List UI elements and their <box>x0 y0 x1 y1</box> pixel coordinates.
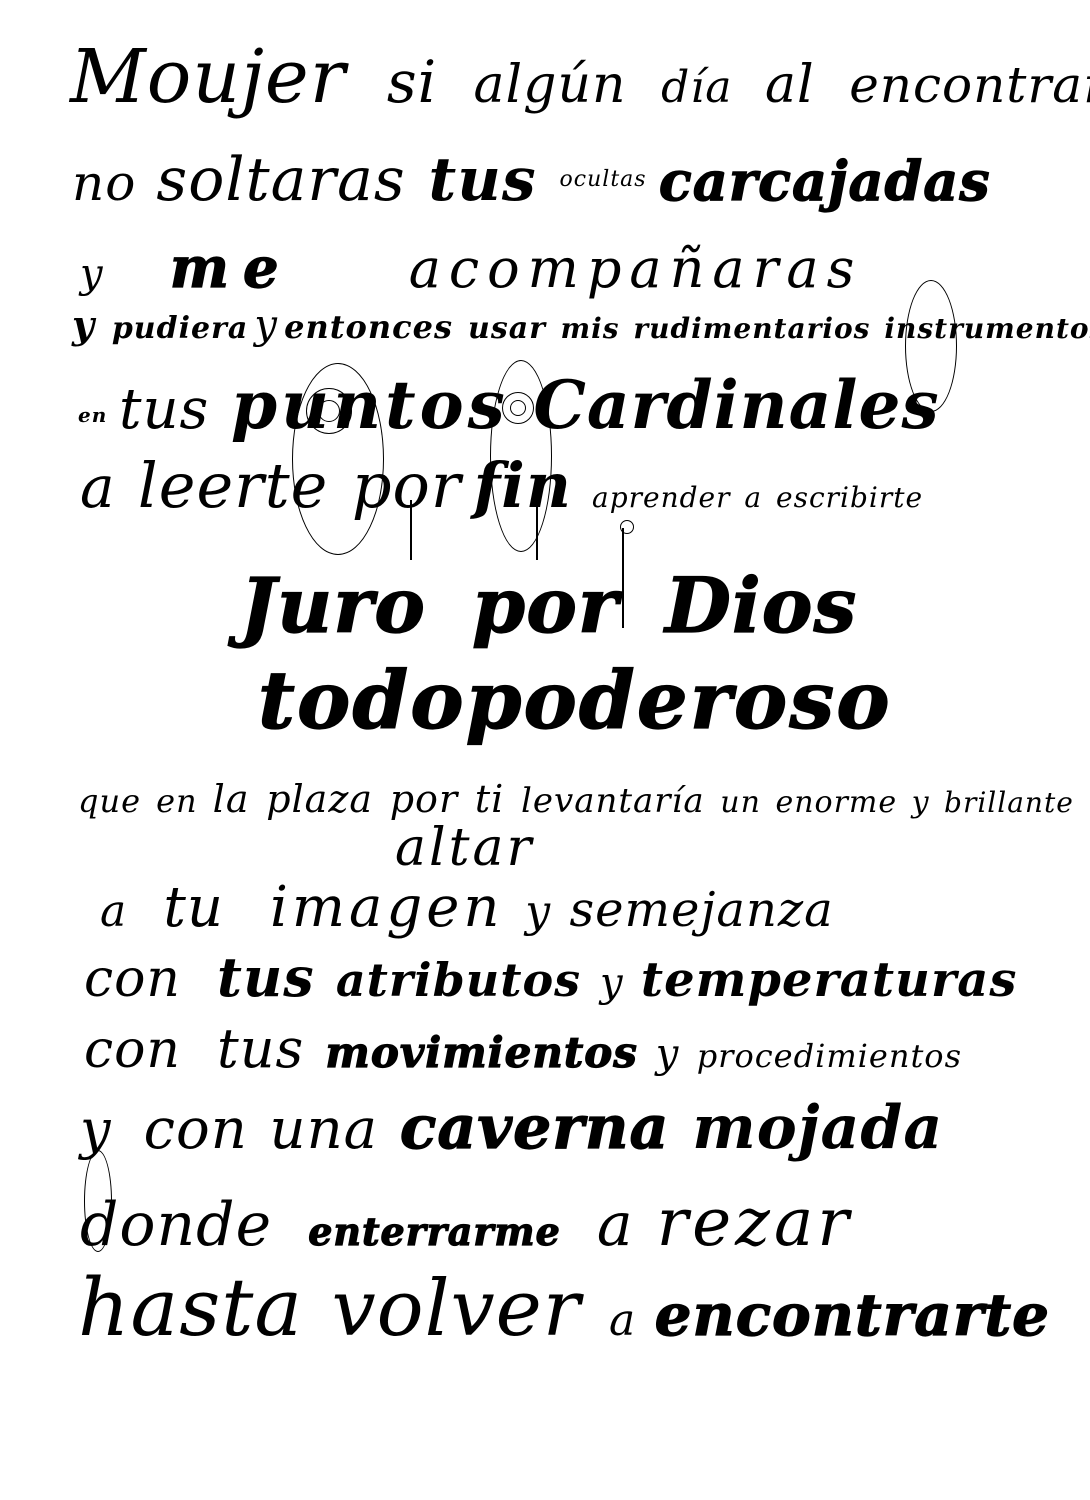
handwritten-poem-page: Moujer si algún día al encontrarte no so… <box>0 0 1090 1500</box>
word: a <box>744 484 762 512</box>
word: en <box>156 785 198 817</box>
word: todopoderoso <box>258 660 892 740</box>
word: la <box>213 780 250 818</box>
word: a <box>609 1299 636 1343</box>
loop-ornament <box>905 280 957 412</box>
word: rezar <box>657 1190 853 1256</box>
word: ocultas <box>560 169 647 191</box>
word: por <box>390 780 458 818</box>
word: imagen <box>270 880 503 936</box>
word: no <box>72 158 136 208</box>
word: ti <box>475 780 504 818</box>
word: que <box>78 785 141 817</box>
word: rudimentarios <box>633 315 870 343</box>
loop-ornament <box>84 1150 112 1252</box>
word: con <box>84 1024 181 1076</box>
poem-line-14: y con una caverna mojada <box>80 1098 943 1158</box>
word: en <box>78 405 107 425</box>
word: encontrarte <box>655 1286 1050 1344</box>
poem-line-6: a leerte por fin aprender a escribirte <box>80 455 923 517</box>
word: Moujer <box>70 40 346 114</box>
word: algún <box>474 59 627 111</box>
word: enterrarme <box>308 1213 561 1251</box>
word: por <box>352 455 462 517</box>
word: con <box>144 1102 248 1158</box>
word: atributos <box>336 957 581 1003</box>
word: día <box>661 66 732 110</box>
word: y <box>912 788 930 818</box>
word: un <box>720 788 761 818</box>
poem-line-10: altar <box>395 822 534 874</box>
poem-line-15: donde enterrarme a rezar <box>80 1190 853 1256</box>
poem-line-8: todopoderoso <box>258 660 892 740</box>
word: Juro <box>240 568 426 644</box>
word: si <box>387 53 437 111</box>
word: levantaría <box>521 784 705 818</box>
word: Dios <box>665 568 857 644</box>
word: procedimientos <box>697 1040 962 1072</box>
word: altar <box>395 822 534 874</box>
poem-line-16: hasta volver a encontrarte <box>78 1268 1050 1348</box>
word: y <box>80 254 104 294</box>
spiral-ornament <box>620 520 634 534</box>
word: y <box>600 963 624 1003</box>
word: pudiera <box>112 314 249 344</box>
word: a <box>80 458 116 516</box>
word: entonces <box>284 311 453 343</box>
word: a <box>597 1195 634 1255</box>
word: movimientos <box>325 1032 638 1074</box>
word: y <box>72 306 95 344</box>
word: plaza <box>266 780 373 818</box>
word: leerte <box>138 455 328 517</box>
poem-line-1: Moujer si algún día al encontrarte <box>70 40 1090 114</box>
word: carcajadas <box>659 154 991 208</box>
word: escribirte <box>776 484 923 512</box>
word: soltaras <box>156 150 405 210</box>
stroke-ornament <box>536 500 538 560</box>
word: tus <box>119 382 209 438</box>
poem-line-13: con tus movimientos y procedimientos <box>84 1022 962 1076</box>
word: me <box>170 240 293 296</box>
word: temperaturas <box>641 956 1017 1004</box>
word: brillante <box>944 789 1074 817</box>
word: volver <box>332 1270 581 1348</box>
word: acompañaras <box>409 242 863 296</box>
poem-line-11: a tu imagen y semejanza <box>100 880 834 936</box>
word: Cardinales <box>533 372 939 438</box>
poem-line-12: con tus atributos y temperaturas <box>84 950 1017 1005</box>
word: con <box>84 953 181 1005</box>
stroke-ornament <box>410 500 412 560</box>
word: mojada <box>692 1098 943 1158</box>
word: caverna <box>400 1098 670 1158</box>
word: una <box>270 1102 379 1158</box>
word: y <box>525 890 551 934</box>
word: aprender <box>592 484 730 512</box>
word: y <box>254 305 278 345</box>
word: a <box>100 890 127 934</box>
word: semejanza <box>569 886 833 934</box>
word: tus <box>429 150 537 210</box>
poem-line-3: y me acompañaras <box>80 240 862 296</box>
word: y <box>80 1103 112 1157</box>
poem-line-7: Juro por Dios <box>240 568 857 644</box>
word: tus <box>217 950 315 1004</box>
word: fin <box>474 455 572 517</box>
word: enorme <box>775 788 897 818</box>
poem-line-9: que en la plaza por ti levantaría un eno… <box>78 780 1074 818</box>
word: tus <box>217 1022 304 1076</box>
word: y <box>656 1034 680 1074</box>
word: al <box>765 59 815 111</box>
word: mis <box>560 315 619 343</box>
word: tu <box>163 880 224 936</box>
word: hasta <box>78 1268 303 1348</box>
word: por <box>472 568 619 644</box>
word: usar <box>468 314 546 344</box>
word: encontrarte <box>849 60 1090 110</box>
poem-line-2: no soltaras tus ocultas carcajadas <box>72 150 991 210</box>
